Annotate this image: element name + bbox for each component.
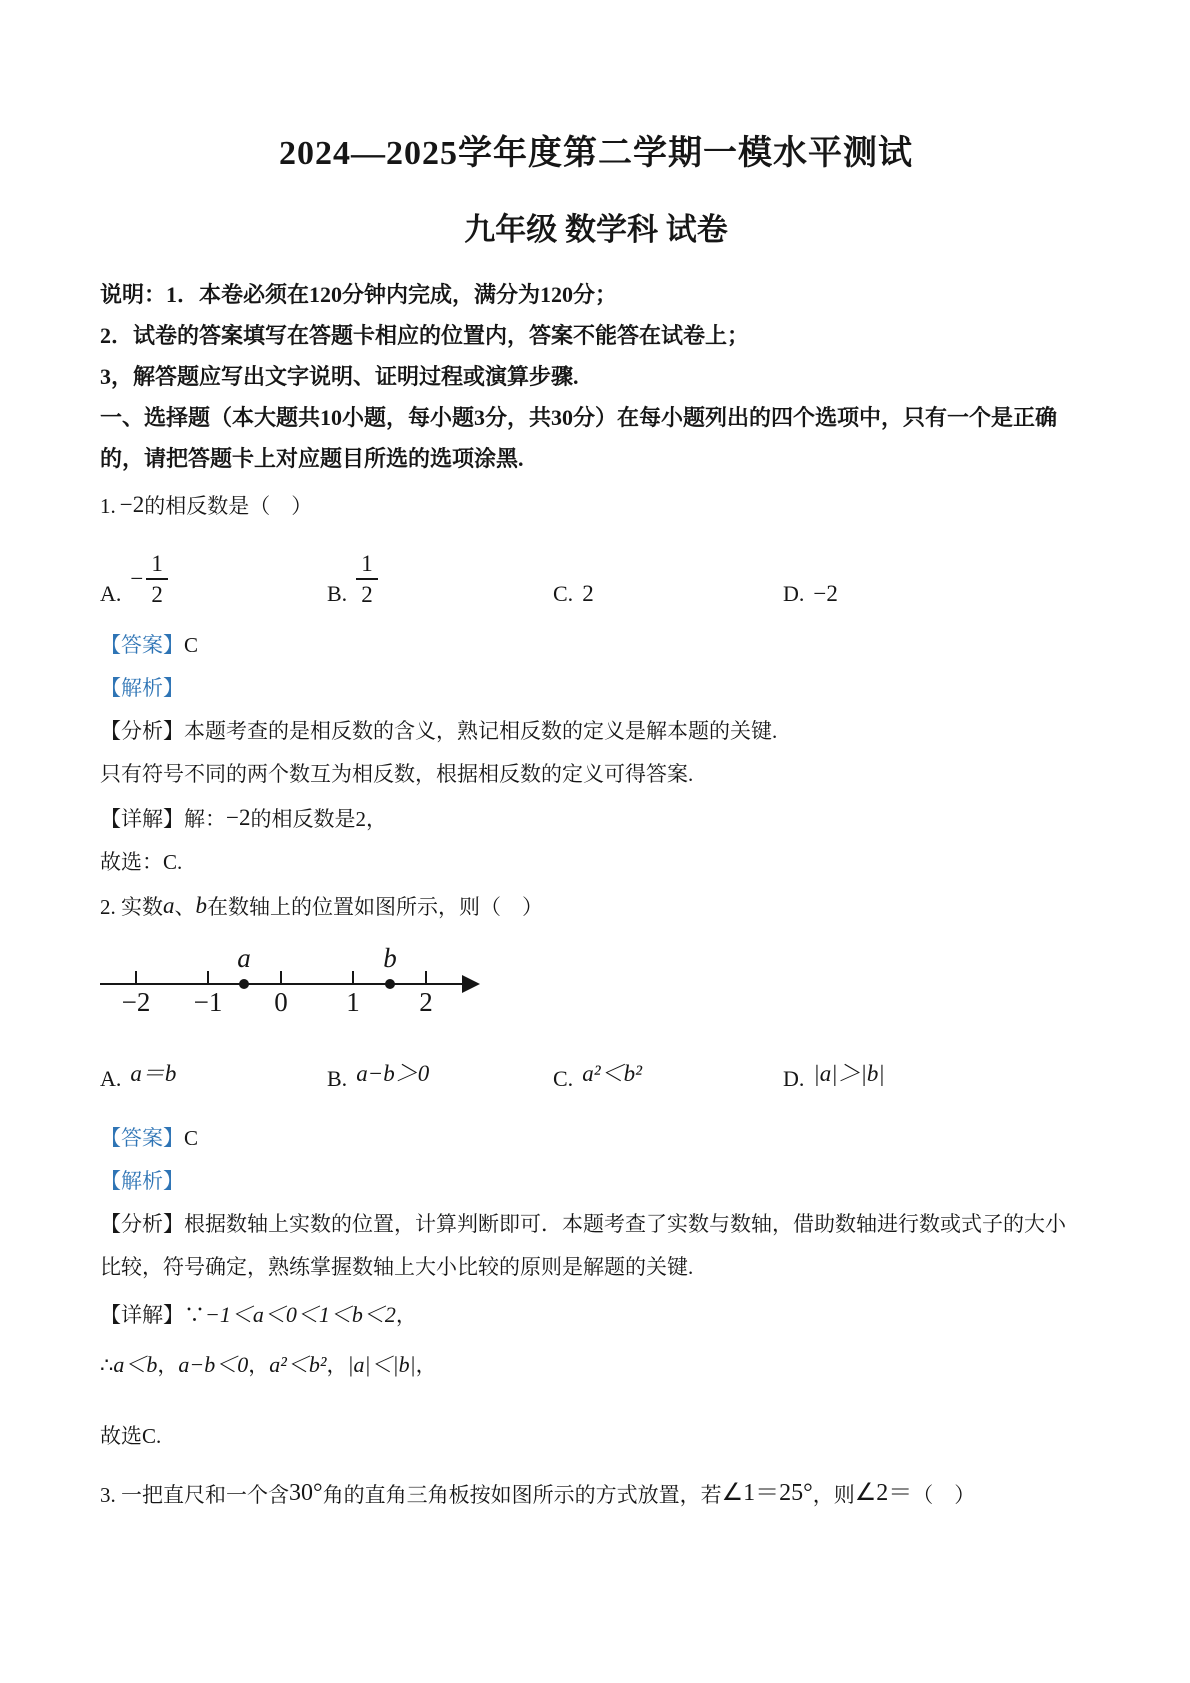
option-1b-fraction: 1 2 xyxy=(356,550,378,608)
answer-label: 【答案】 xyxy=(100,1126,184,1150)
number-line-arrow-icon xyxy=(462,975,480,993)
point-b-dot xyxy=(385,979,395,989)
question-3-mid-2: ，则 xyxy=(813,1483,855,1507)
doc-title: 2024—2025学年度第二学期一模水平测试 xyxy=(100,0,1092,174)
fraction-numerator: 1 xyxy=(356,550,378,580)
question-1-text: 的相反数是（ ） xyxy=(144,494,312,518)
detail-label: 【详解】 xyxy=(100,807,184,831)
tick-mark xyxy=(207,971,209,984)
option-2b: B. a−b＞0 xyxy=(327,1065,553,1093)
detail-line: 【详解】解：−2的相反数是2， xyxy=(100,796,1092,841)
option-2c-letter: C. xyxy=(553,1065,573,1093)
answer-value: C xyxy=(184,1126,198,1150)
detail-line-2: ∴a＜b，a−b＜0，a²＜b²，|a|＜|b|， xyxy=(100,1337,1092,1393)
expr-3: a²＜b² xyxy=(269,1352,326,1377)
option-1d: D. −2 xyxy=(783,580,1092,608)
question-2-suffix: 在数轴上的位置如图所示，则（ ） xyxy=(207,895,543,919)
angle-1-value: ∠1＝25° xyxy=(722,1480,813,1506)
tick-mark xyxy=(135,971,137,984)
question-1-stem: 1.−2的相反数是（ ） xyxy=(100,487,1092,524)
question-1-options: A. − 1 2 B. 1 2 C. xyxy=(100,534,1092,608)
detail-label: 【详解】 xyxy=(100,1303,184,1327)
expr-4: |a|＜|b| xyxy=(347,1352,415,1377)
fraction-denominator: 2 xyxy=(151,580,163,608)
point-a-dot xyxy=(239,979,249,989)
option-2d: D. |a|＞|b| xyxy=(783,1065,1092,1093)
jiexi-line: 【解析】 xyxy=(100,667,1092,710)
question-1-math: −2 xyxy=(120,492,144,517)
question-1-solution: 【答案】C 【解析】 【分析】本题考查的是相反数的含义，熟记相反数的定义是解本题… xyxy=(100,624,1092,884)
page-content: 2024—2025学年度第二学期一模水平测试 九年级 数学科 试卷 说明：1．本… xyxy=(0,0,1190,1517)
angle-2-label: ∠2＝ xyxy=(855,1480,913,1506)
option-2a-expr: a＝b xyxy=(130,1060,176,1088)
question-3-prefix: 3. 一把直尺和一个含 xyxy=(100,1483,289,1507)
question-2-prefix: 2. 实数 xyxy=(100,895,163,919)
question-2-solution: 【答案】C 【解析】 【分析】根据数轴上实数的位置，计算判断即可．本题考查了实数… xyxy=(100,1117,1092,1458)
fraction-denominator: 2 xyxy=(361,580,373,608)
jiexi-line: 【解析】 xyxy=(100,1160,1092,1203)
tick-label: −2 xyxy=(114,987,158,1018)
var-a: a xyxy=(163,893,175,918)
answer-line: 【答案】C xyxy=(100,1117,1092,1160)
answer-value: C xyxy=(184,633,198,657)
analysis-line-1: 【分析】本题考查的是相反数的含义，熟记相反数的定义是解本题的关键. xyxy=(100,710,1092,753)
exam-notes: 说明：1．本卷必须在120分钟内完成，满分为120分； 2．试卷的答案填写在答题… xyxy=(100,274,1092,397)
option-1b: B. 1 2 xyxy=(327,550,553,608)
option-1a: A. − 1 2 xyxy=(100,550,327,608)
option-2b-letter: B. xyxy=(327,1065,347,1093)
var-b: b xyxy=(196,893,208,918)
tick-label: 1 xyxy=(331,987,375,1018)
note-line-1: 说明：1．本卷必须在120分钟内完成，满分为120分； xyxy=(100,274,1092,315)
tick-mark xyxy=(352,971,354,984)
option-1a-letter: A. xyxy=(100,580,121,608)
number-line-axis xyxy=(100,983,466,985)
fraction: 1 2 xyxy=(146,550,168,608)
point-a-label: a xyxy=(229,943,259,974)
option-2d-expr: |a|＞|b| xyxy=(813,1060,884,1088)
number-line-figure: −2 −1 0 1 2 a b xyxy=(100,943,500,1027)
point-b-label: b xyxy=(375,943,405,974)
analysis-line-1: 【分析】根据数轴上实数的位置，计算判断即可．本题考查了实数与数轴，借助数轴进行数… xyxy=(100,1203,1092,1246)
option-1c: C. 2 xyxy=(553,580,783,608)
option-1b-letter: B. xyxy=(327,580,347,608)
jiexi-label: 【解析】 xyxy=(100,1169,184,1193)
doc-subtitle: 九年级 数学科 试卷 xyxy=(100,212,1092,248)
detail-math: −2 xyxy=(226,805,250,830)
question-3-mid-1: 角的直角三角板按如图所示的方式放置，若 xyxy=(323,1483,722,1507)
option-2c: C. a²＜b² xyxy=(553,1065,783,1093)
because-symbol: ∵ xyxy=(184,1303,205,1327)
question-3-suffix: （ ） xyxy=(912,1483,975,1507)
note-line-3: 3，解答题应写出文字说明、证明过程或演算步骤. xyxy=(100,356,1092,397)
question-2-stem: 2. 实数a、b在数轴上的位置如图所示，则（ ） xyxy=(100,884,1092,929)
conclusion-line: 故选C. xyxy=(100,1415,1092,1458)
question-3-stem: 3. 一把直尺和一个含30°角的直角三角板按如图所示的方式放置，若∠1＝25°，… xyxy=(100,1472,1092,1517)
exam-paper-page: 2024—2025学年度第二学期一模水平测试 九年级 数学科 试卷 说明：1．本… xyxy=(0,0,1190,1683)
option-1d-letter: D. xyxy=(783,580,804,608)
option-2d-letter: D. xyxy=(783,1065,804,1093)
option-2c-expr: a²＜b² xyxy=(582,1060,642,1088)
therefore-symbol: ∴ xyxy=(100,1353,113,1377)
comma: ， xyxy=(326,1353,347,1377)
section-1-heading: 一、选择题（本大题共10小题，每小题3分，共30分）在每小题列出的四个选项中，只… xyxy=(100,397,1092,479)
option-1a-sign: − xyxy=(130,565,143,593)
tick-mark xyxy=(425,971,427,984)
option-1c-letter: C. xyxy=(553,580,573,608)
option-2a-letter: A. xyxy=(100,1065,121,1093)
comma: ， xyxy=(416,1353,437,1377)
option-2b-expr: a−b＞0 xyxy=(356,1060,429,1088)
tick-label: 0 xyxy=(259,987,303,1018)
answer-line: 【答案】C xyxy=(100,624,1092,667)
detail-suffix: 的相反数是2， xyxy=(250,807,387,831)
comma: ， xyxy=(157,1353,178,1377)
detail-line-1: 【详解】∵−1＜a＜0＜1＜b＜2， xyxy=(100,1293,1092,1337)
fraction: 1 2 xyxy=(356,550,378,608)
analysis-line-2: 比较，符号确定，熟练掌握数轴上大小比较的原则是解题的关键. xyxy=(100,1246,1092,1289)
comma: ， xyxy=(248,1353,269,1377)
tick-label: −1 xyxy=(186,987,230,1018)
detail-expr: −1＜a＜0＜1＜b＜2 xyxy=(205,1302,396,1327)
answer-label: 【答案】 xyxy=(100,633,184,657)
option-1d-value: −2 xyxy=(813,580,837,608)
conclusion-line: 故选：C. xyxy=(100,841,1092,884)
analysis-line-2: 只有符号不同的两个数互为相反数，根据相反数的定义可得答案. xyxy=(100,753,1092,796)
question-2-options: A. a＝b B. a−b＞0 C. a²＜b² D. |a|＞|b| xyxy=(100,1043,1092,1093)
tick-label: 2 xyxy=(404,987,448,1018)
fraction-numerator: 1 xyxy=(146,550,168,580)
option-1c-value: 2 xyxy=(582,580,594,608)
question-2-mid: 、 xyxy=(175,895,196,919)
jiexi-label: 【解析】 xyxy=(100,676,184,700)
question-1-number: 1. xyxy=(100,494,116,518)
tick-mark xyxy=(280,971,282,984)
comma: ， xyxy=(396,1303,417,1327)
option-1a-fraction: − 1 2 xyxy=(130,550,167,608)
note-line-2: 2．试卷的答案填写在答题卡相应的位置内，答案不能答在试卷上； xyxy=(100,315,1092,356)
degree-30: 30° xyxy=(289,1480,323,1506)
expr-2: a−b＜0 xyxy=(178,1352,248,1377)
expr-1: a＜b xyxy=(113,1352,157,1377)
option-2a: A. a＝b xyxy=(100,1065,327,1093)
detail-prefix: 解： xyxy=(184,807,226,831)
